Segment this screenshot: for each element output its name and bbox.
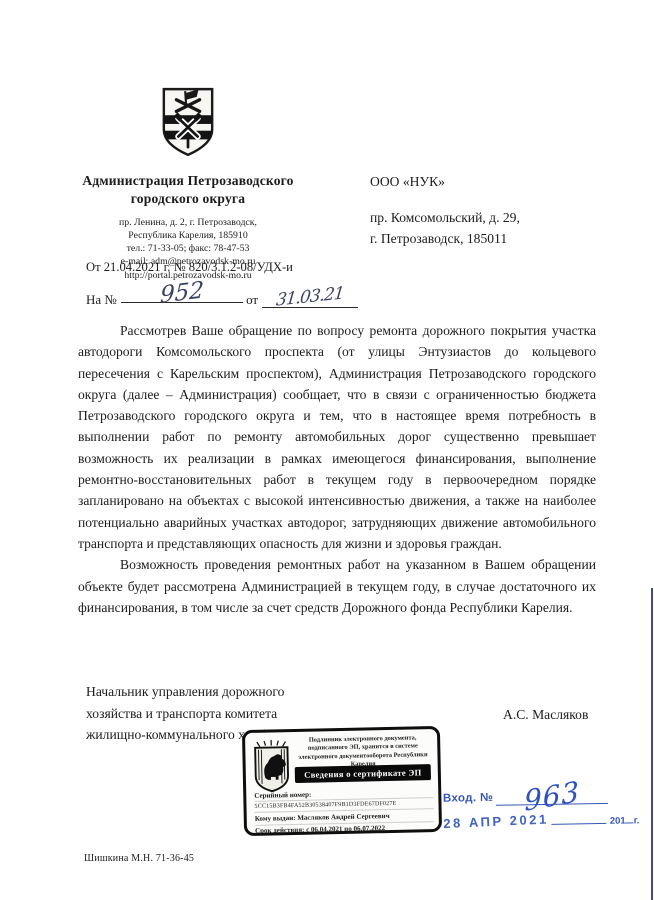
eds-details: Серийный номер: 5CC15B3FB4FA52B30538407F… bbox=[254, 786, 434, 837]
na-label: На № bbox=[86, 292, 117, 307]
year-prefix: 201 bbox=[610, 816, 626, 827]
address-line: пр. Ленина, д. 2, г. Петрозаводск, bbox=[60, 216, 316, 229]
incoming-stamp-number-line: 963 bbox=[496, 777, 608, 806]
eds-title-bar: Сведения о сертификате ЭП bbox=[295, 764, 431, 783]
ot-label: от bbox=[246, 292, 258, 307]
executor-contact: Шишкина М.Н. 71-36-45 bbox=[84, 853, 194, 864]
incoming-stamp-number-row: Вход. № 963 bbox=[443, 776, 639, 806]
org-name-line2: городского округа bbox=[60, 190, 316, 208]
date-stamp: 28 АПР 2021 bbox=[443, 811, 549, 831]
incoming-number-line: 952 bbox=[121, 284, 243, 303]
org-name-line1: Администрация Петрозаводского bbox=[60, 172, 316, 190]
incoming-reference-row: На №952 от31.03.21 bbox=[86, 284, 358, 308]
year-suffix: г. bbox=[634, 815, 640, 826]
incoming-stamp-label: Вход. № bbox=[443, 792, 494, 807]
letterhead: Администрация Петрозаводского городского… bbox=[60, 86, 316, 282]
eds-certificate-stamp: Подлинник электронного документа, подпис… bbox=[242, 726, 442, 836]
address-line: Республика Карелия, 185910 bbox=[60, 229, 316, 242]
recipient-name: ООО «НУК» bbox=[370, 174, 620, 190]
signer-position-line: Начальник управления дорожного bbox=[86, 681, 406, 703]
date-line bbox=[551, 811, 606, 825]
signer-position-line: хозяйства и транспорта комитета bbox=[86, 703, 406, 725]
address-line: тел.: 71-33-05; факс: 78-47-53 bbox=[60, 242, 316, 255]
incoming-date-line: 31.03.21 bbox=[262, 289, 358, 308]
year-blank-line bbox=[626, 812, 634, 823]
handwritten-incoming-date: 31.03.21 bbox=[275, 283, 344, 310]
body-paragraph-2: Возможность проведения ремонтных работ н… bbox=[78, 554, 596, 618]
incoming-stamp-date-row: 28 АПР 2021 201 г. bbox=[443, 810, 639, 829]
scanned-letter-page: Администрация Петрозаводского городского… bbox=[0, 0, 654, 900]
org-name: Администрация Петрозаводского городского… bbox=[60, 172, 316, 207]
eds-validity: Срок действия: с 06.04.2021 по 06.07.202… bbox=[255, 822, 434, 837]
recipient-address-line: г. Петрозаводск, 185011 bbox=[370, 228, 620, 249]
letter-body: Рассмотрев Ваше обращение по вопросу рем… bbox=[78, 320, 596, 618]
handwritten-incoming-number: 952 bbox=[159, 277, 204, 309]
recipient-address-line: пр. Комсомольский, д. 29, bbox=[370, 207, 620, 228]
signer-name: А.С. Масляков bbox=[503, 707, 588, 723]
body-paragraph-1: Рассмотрев Ваше обращение по вопросу рем… bbox=[78, 320, 596, 554]
petrozavodsk-coat-of-arms-icon bbox=[159, 86, 217, 163]
scan-artifact-line bbox=[651, 588, 653, 900]
recipient-block: ООО «НУК» пр. Комсомольский, д. 29, г. П… bbox=[370, 174, 620, 249]
incoming-registration-stamp: Вход. № 963 28 АПР 2021 201 г. bbox=[443, 776, 640, 829]
outgoing-reference: От 21.04.2021 г. № 820/3.1.2-08/УДХ-и bbox=[86, 260, 293, 275]
